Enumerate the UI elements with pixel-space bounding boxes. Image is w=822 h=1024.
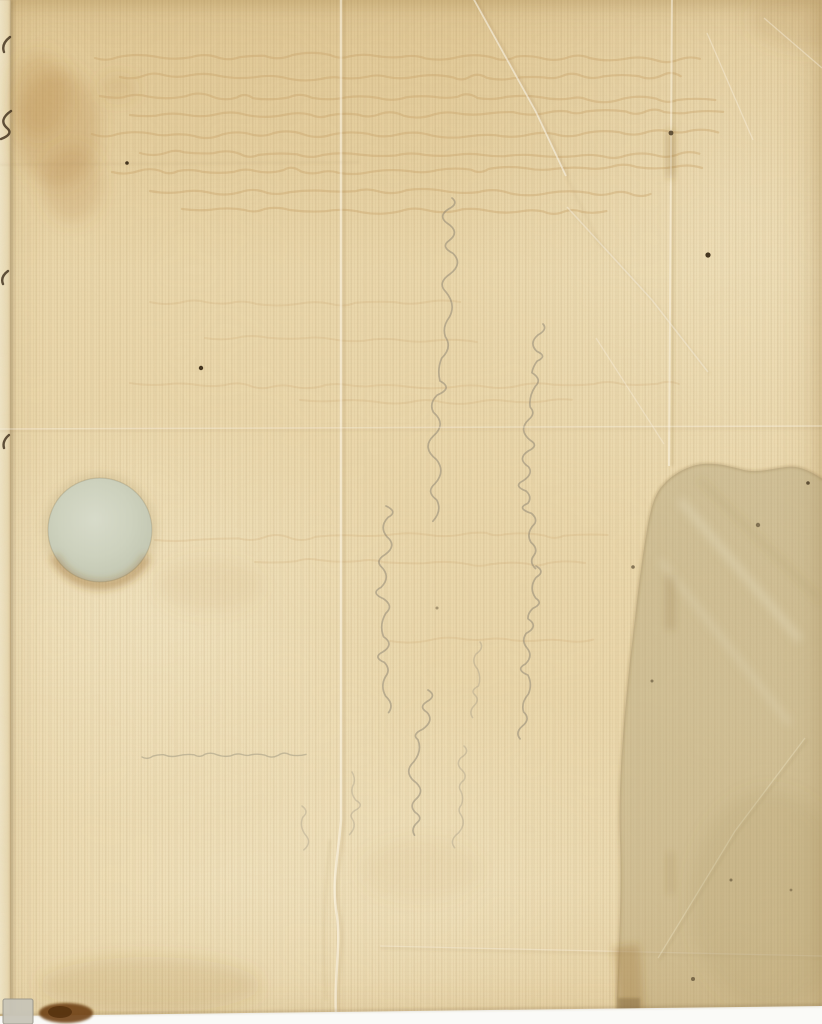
stain-faint — [158, 559, 262, 611]
speck — [436, 607, 439, 610]
scanned-document — [0, 0, 822, 1024]
stain-faint — [360, 840, 480, 900]
speck — [199, 366, 203, 370]
bottom-left-tab — [3, 999, 33, 1024]
speck — [125, 161, 129, 165]
scan-overlay — [0, 0, 822, 1024]
stain-blob — [42, 146, 102, 222]
speck — [806, 481, 810, 485]
speck — [631, 565, 635, 569]
fold-smudge — [667, 130, 674, 178]
speck — [705, 252, 710, 257]
speck — [730, 879, 733, 882]
speck — [669, 131, 674, 136]
bottom-stain-core — [48, 1006, 72, 1018]
wafer-seal — [43, 473, 157, 587]
stain-blob — [12, 53, 68, 137]
speck — [790, 889, 793, 892]
speck — [691, 977, 695, 981]
speck — [756, 523, 760, 527]
speck — [651, 680, 654, 683]
repair-patch — [616, 464, 822, 1024]
